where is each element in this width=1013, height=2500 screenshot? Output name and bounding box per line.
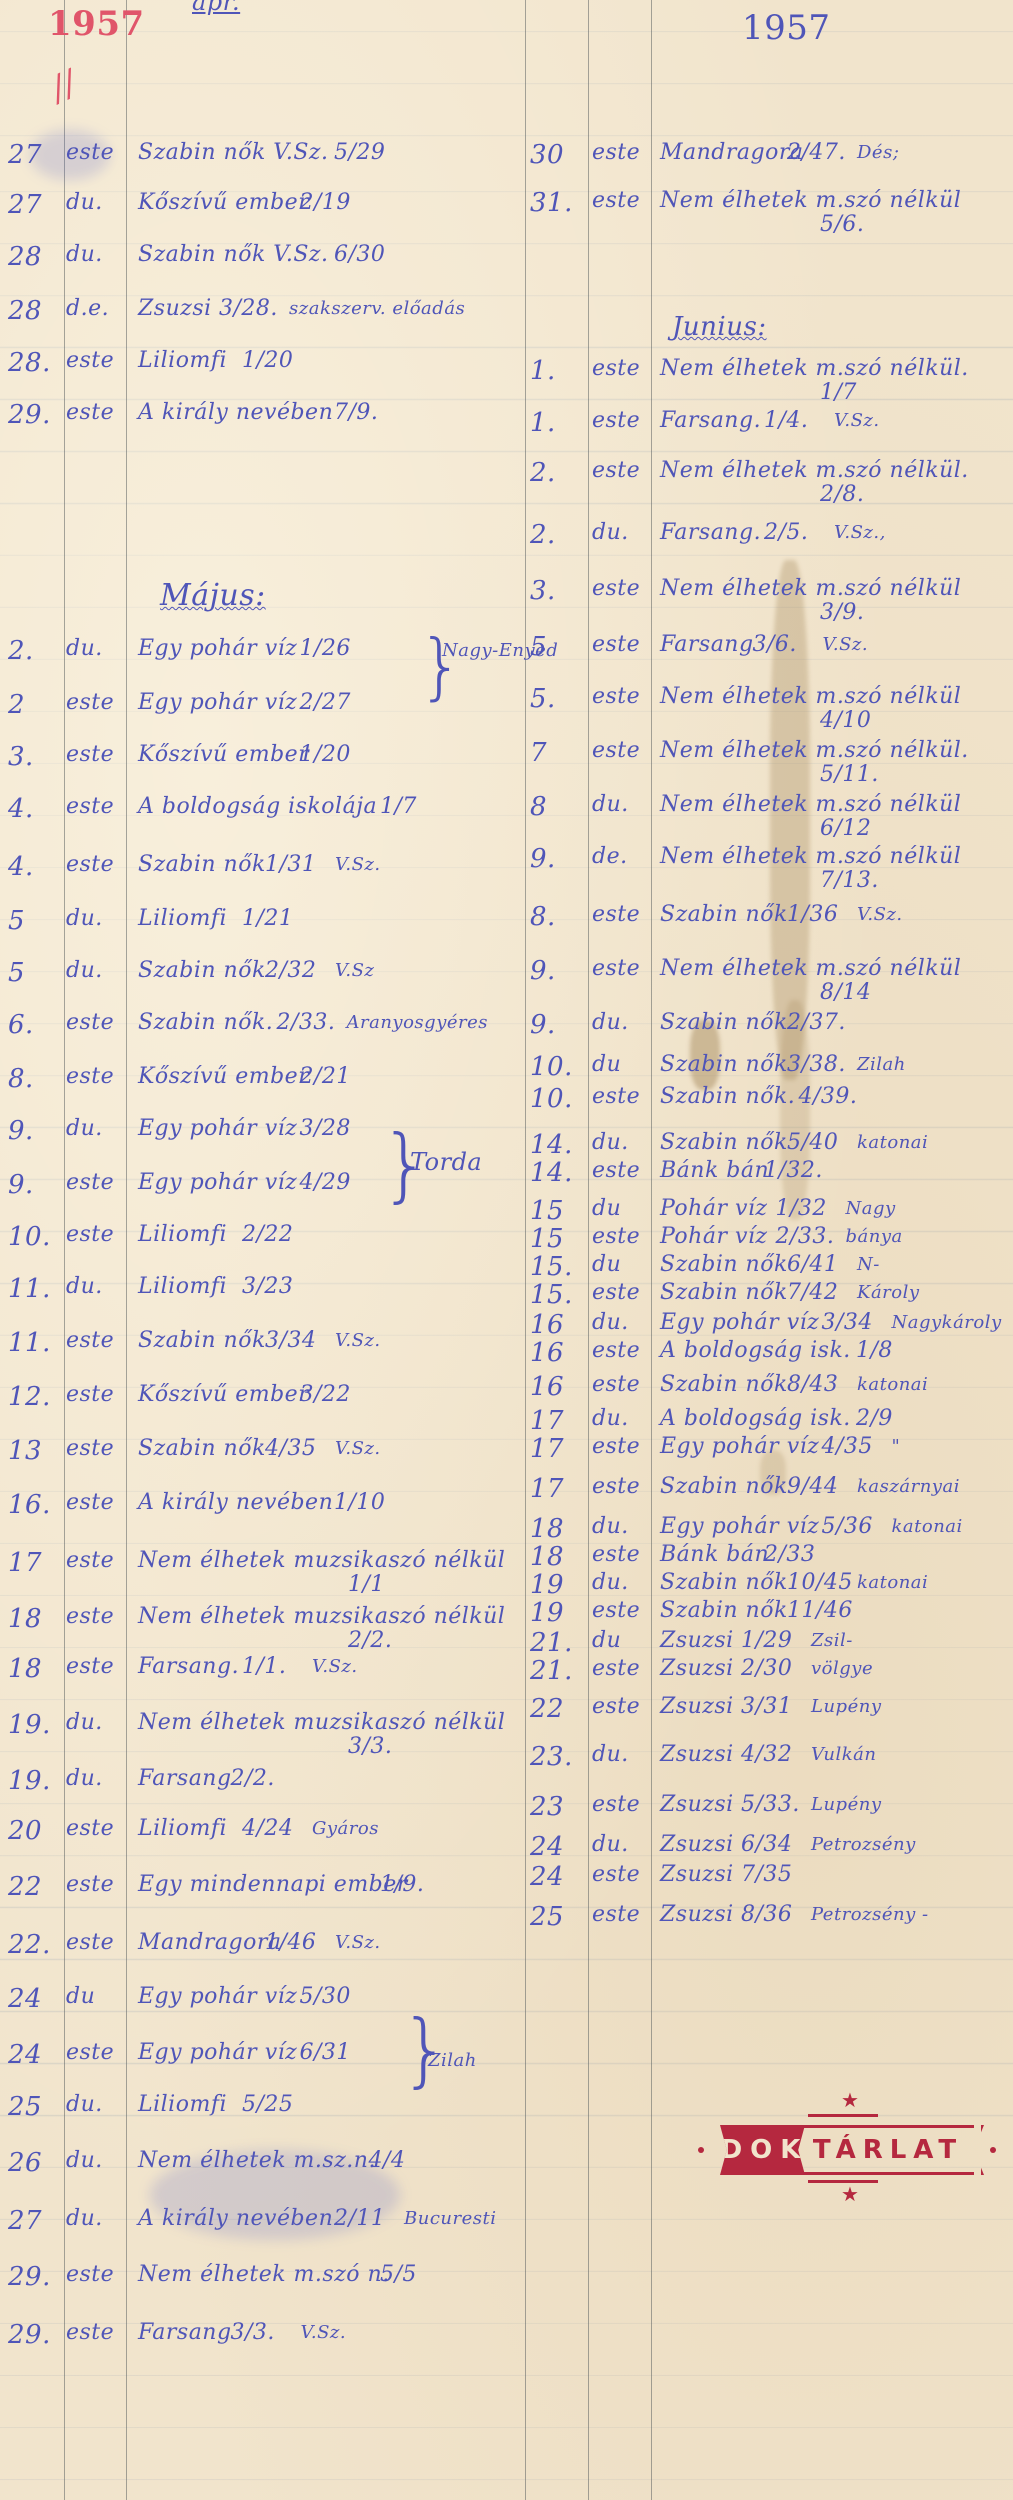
entry-note: völgye (811, 1658, 873, 1679)
entry-note: katonai (892, 1516, 963, 1537)
entry-time-of-day: este (592, 408, 640, 433)
star-icon: ★ (840, 2090, 860, 2110)
entry-title: Nem élhetek m.szó nélkül. (660, 738, 969, 763)
entry-title: Egy pohár víz (660, 1434, 819, 1459)
entry-day: 5. (530, 684, 556, 714)
entry-note: Lupény (811, 1794, 881, 1815)
entry-time-of-day: du. (66, 636, 103, 661)
entry-note: Petrozsény (811, 1834, 916, 1855)
entry-day: 27 (8, 140, 42, 170)
entry-time-of-day: de. (592, 844, 628, 869)
entry-performance-number: 7/9. (334, 400, 378, 425)
entry-title: Liliomfi (138, 2092, 227, 2117)
entry-day: 17 (530, 1434, 564, 1464)
entry-time-of-day: este (66, 1010, 114, 1035)
entry-note: Aranyosgyéres (347, 1012, 489, 1033)
entry-title: Szabin nők (660, 1570, 788, 1595)
entry-title: Liliomfi (138, 348, 227, 373)
entry-performance-number: 5/29 (334, 140, 385, 165)
entry-title: Kőszívű ember (138, 1064, 309, 1089)
entry-time-of-day: este (66, 1064, 114, 1089)
entry-performance-number: 4/29 (300, 1170, 351, 1195)
entry-title: A boldogság iskolája (138, 794, 377, 819)
doktarlat-logo: ★ DOK TÁRLAT ★ (698, 2090, 998, 2200)
entry-time-of-day: este (592, 188, 640, 213)
entry-performance-number: 1/10 (334, 1490, 385, 1515)
entry-performance-number: 2/33 (764, 1542, 815, 1567)
entry-day: 15 (530, 1196, 564, 1226)
entry-day: 9. (530, 956, 556, 986)
entry-performance-number: 6/12 (820, 816, 871, 841)
entry-performance-number: 4/10 (820, 708, 871, 733)
entry-note: Nagy (846, 1198, 896, 1219)
entry-title: Mandragora (138, 1930, 282, 1955)
entry-time-of-day: du. (592, 792, 629, 817)
entry-day: 3. (8, 742, 34, 772)
entry-title: Mandragora (660, 140, 804, 165)
entry-title: Pohár víz (660, 1196, 768, 1221)
entry-day: 2. (530, 520, 556, 550)
entry-day: 2 (8, 690, 25, 720)
entry-title: Kőszívű ember (138, 190, 309, 215)
entry-title: Szabin nők (660, 1598, 788, 1623)
entry-title: Nem élhetek muzsikaszó nélkül (138, 1710, 505, 1735)
entry-day: 10. (8, 1222, 51, 1252)
entry-title: Liliomfi (138, 906, 227, 931)
entry-note: Zsil- (811, 1630, 853, 1651)
entry-time-of-day: este (592, 1280, 640, 1305)
entry-day: 1. (530, 408, 556, 438)
entry-title: Szabin nők (660, 1252, 788, 1277)
entry-day: 24 (530, 1832, 564, 1862)
entry-time-of-day: du. (592, 1406, 629, 1431)
entry-performance-number: 8/36 (741, 1902, 792, 1927)
entry-time-of-day: este (592, 140, 640, 165)
entry-note: " (892, 1436, 901, 1457)
entry-time-of-day: este (66, 1328, 114, 1353)
entry-note: V.Sz. (834, 410, 880, 431)
entry-title: Egy pohár víz (660, 1514, 819, 1539)
entry-time-of-day: du. (66, 1116, 103, 1141)
entry-time-of-day: du. (592, 1742, 629, 1767)
entry-performance-number: 10/45 (787, 1570, 853, 1595)
entry-time-of-day: este (66, 1382, 114, 1407)
entry-performance-number: 6/41 (787, 1252, 838, 1277)
entry-time-of-day: este (592, 1372, 640, 1397)
entry-performance-number: 2/22 (242, 1222, 293, 1247)
entry-title: Szabin nők (138, 1436, 266, 1461)
entry-day: 19 (530, 1598, 564, 1628)
entry-title: Szabin nők (660, 1372, 788, 1397)
entry-performance-number: 2/2. (231, 1766, 275, 1791)
entry-day: 14. (530, 1130, 573, 1160)
entry-note: katonai (857, 1132, 928, 1153)
entry-title: Szabin nők (660, 1280, 788, 1305)
entry-performance-number: 6/34 (741, 1832, 792, 1857)
entry-time-of-day: este (592, 1598, 640, 1623)
entry-title: Nem élhetek m.szó nélkül (660, 956, 961, 981)
entry-note: Gyáros (312, 1818, 379, 1839)
logo-text-dok: DOK (720, 2125, 805, 2175)
logo-dot (990, 2147, 996, 2153)
entry-title: Szabin nők. (138, 1010, 273, 1035)
column-rule (525, 0, 526, 2500)
entry-day: 18 (8, 1604, 42, 1634)
entry-day: 16 (530, 1338, 564, 1368)
entry-title: Nem élhetek m.szó nélkül. (660, 458, 969, 483)
entry-time-of-day: este (66, 1490, 114, 1515)
entry-note: V.Sz (335, 960, 374, 981)
logo-bar (808, 2114, 878, 2117)
entry-title: Zsuzsi (660, 1628, 734, 1653)
entry-performance-number: 3/6. (753, 632, 797, 657)
entry-day: 17 (530, 1474, 564, 1504)
entry-performance-number: 2/47. (787, 140, 846, 165)
entry-performance-number: 3/38. (787, 1052, 846, 1077)
entry-time-of-day: este (66, 1654, 114, 1679)
column-rule (64, 0, 65, 2500)
entry-performance-number: 2/33. (277, 1010, 336, 1035)
entry-time-of-day: este (66, 1222, 114, 1247)
entry-performance-number: 2/33. (776, 1224, 835, 1249)
entry-time-of-day: du. (66, 958, 103, 983)
entry-performance-number: 4/4 (369, 2148, 406, 2173)
column-rule (588, 0, 589, 2500)
entry-time-of-day: este (592, 1542, 640, 1567)
logo-dot (698, 2147, 704, 2153)
entry-day: 8. (8, 1064, 34, 1094)
entry-time-of-day: du. (66, 1710, 103, 1735)
entry-note: V.Sz. (335, 854, 381, 875)
entry-day: 20 (8, 1816, 42, 1846)
entry-time-of-day: este (66, 1872, 114, 1897)
entry-performance-number: 1/7 (380, 794, 417, 819)
entry-time-of-day: du. (66, 190, 103, 215)
page-year: 1957 (742, 8, 831, 48)
entry-day: 9. (8, 1170, 34, 1200)
entry-title: Nem élhetek m.szó nélkül (660, 792, 961, 817)
entry-day: 9. (530, 844, 556, 874)
entry-title: Szabin nők (660, 1474, 788, 1499)
entry-time-of-day: este (66, 400, 114, 425)
entry-note: N- (857, 1254, 880, 1275)
entry-time-of-day: du (66, 1984, 95, 2009)
entry-performance-number: 7/13. (820, 868, 879, 893)
entry-time-of-day: du. (592, 1310, 629, 1335)
entry-day: 15. (530, 1252, 573, 1282)
entry-day: 7 (530, 738, 547, 768)
entry-time-of-day: este (592, 356, 640, 381)
entry-day: 4. (8, 794, 34, 824)
entry-time-of-day: du. (592, 520, 629, 545)
entry-day: 5 (530, 632, 547, 662)
entry-time-of-day: este (592, 1224, 640, 1249)
entry-time-of-day: este (66, 852, 114, 877)
entry-time-of-day: du. (66, 2092, 103, 2117)
entry-time-of-day: du (592, 1052, 621, 1077)
entry-time-of-day: este (66, 794, 114, 819)
entry-title: Farsang. (138, 1654, 239, 1679)
entry-time-of-day: du. (66, 242, 103, 267)
entry-title: Nem élhetek m.sz.n. (138, 2148, 376, 2173)
entry-performance-number: 4/32 (741, 1742, 792, 1767)
entry-title: Egy pohár víz (138, 1984, 297, 2009)
entry-performance-number: 2/9 (856, 1406, 893, 1431)
entry-performance-number: 11/46 (787, 1598, 853, 1623)
entry-performance-number: 3/28. (219, 296, 278, 321)
entry-day: 14. (530, 1158, 573, 1188)
entry-time-of-day: du. (66, 2148, 103, 2173)
entry-day: 22 (530, 1694, 564, 1724)
column-rule (651, 0, 652, 2500)
logo-banner: DOK TÁRLAT (710, 2125, 976, 2175)
entry-performance-number: 9/44 (787, 1474, 838, 1499)
entry-day: 27 (8, 2206, 42, 2236)
entry-time-of-day: du (592, 1252, 621, 1277)
entry-day: 2. (530, 458, 556, 488)
entry-day: 10. (530, 1052, 573, 1082)
entry-title: Farsang (660, 632, 754, 657)
entry-note: V.Sz. (312, 1656, 358, 1677)
entry-time-of-day: este (592, 576, 640, 601)
entry-title: Egy pohár víz (138, 2040, 297, 2065)
entry-note: V.Sz., (834, 522, 886, 543)
entry-title: Nem élhetek m.szó nélkül (660, 684, 961, 709)
red-year-mark: 1957 (48, 4, 145, 44)
entry-note: V.Sz. (857, 904, 903, 925)
location-note: Torda (410, 1148, 482, 1176)
entry-title: Zsuzsi (660, 1694, 734, 1719)
entry-time-of-day: este (66, 2320, 114, 2345)
entry-performance-number: 1/21 (242, 906, 293, 931)
entry-time-of-day: du. (592, 1514, 629, 1539)
entry-time-of-day: este (66, 1548, 114, 1573)
entry-time-of-day: este (592, 956, 640, 981)
location-note: Zilah (428, 2050, 477, 2071)
entry-performance-number: 5/36 (822, 1514, 873, 1539)
entry-day: 22. (8, 1930, 51, 1960)
entry-day: 28 (8, 296, 42, 326)
entry-day: 29. (8, 2262, 51, 2292)
entry-title: Egy pohár víz (138, 1170, 297, 1195)
entry-performance-number: 2/11 (334, 2206, 385, 2231)
entry-day: 24 (8, 2040, 42, 2070)
entry-performance-number: 6/30 (334, 242, 385, 267)
entry-title: Zsuzsi (660, 1656, 734, 1681)
entry-day: 25 (8, 2092, 42, 2122)
entry-title: Nem élhetek m.szó nélkül (660, 576, 961, 601)
entry-time-of-day: este (592, 738, 640, 763)
entry-title: Zsuzsi (660, 1862, 734, 1887)
entry-time-of-day: du (592, 1628, 621, 1653)
entry-title: A boldogság isk. (660, 1406, 851, 1431)
entry-performance-number: 8/43 (787, 1372, 838, 1397)
entry-title: Kőszívű ember (138, 1382, 309, 1407)
ledger-page: 1957 // ápr. 1957 Május: Junius: } Nagy-… (0, 0, 1013, 2500)
entry-title: A király nevében (138, 400, 333, 425)
entry-title: Szabin nők (138, 958, 266, 983)
entry-title: Liliomfi (138, 1816, 227, 1841)
entry-time-of-day: du. (66, 1274, 103, 1299)
entry-performance-number: 2/30 (741, 1656, 792, 1681)
entry-performance-number: 1/32. (764, 1158, 823, 1183)
entry-performance-number: 3/34 (822, 1310, 873, 1335)
entry-title: Pohár víz (660, 1224, 768, 1249)
entry-day: 8. (530, 902, 556, 932)
entry-performance-number: 6/31 (300, 2040, 351, 2065)
entry-day: 18 (8, 1654, 42, 1684)
entry-performance-number: 7/42 (787, 1280, 838, 1305)
entry-performance-number: 3/34 (265, 1328, 316, 1353)
entry-time-of-day: este (592, 1474, 640, 1499)
entry-time-of-day: este (66, 1930, 114, 1955)
entry-performance-number: 3/9. (820, 600, 864, 625)
entry-day: 29. (8, 400, 51, 430)
entry-note: szakszerv. előadás (289, 298, 465, 319)
entry-time-of-day: este (592, 684, 640, 709)
red-double-slash: // (45, 63, 84, 109)
entry-time-of-day: este (592, 1792, 640, 1817)
entry-title: Egy pohár víz (138, 636, 297, 661)
entry-day: 28 (8, 242, 42, 272)
entry-performance-number: 1/29 (741, 1628, 792, 1653)
entry-performance-number: 3/3. (348, 1734, 392, 1759)
entry-time-of-day: du. (592, 1570, 629, 1595)
heading-june: Junius: (672, 312, 767, 342)
entry-day: 21. (530, 1628, 573, 1658)
entry-day: 16. (8, 1490, 51, 1520)
entry-time-of-day: este (592, 902, 640, 927)
entry-title: Nem élhetek m.szó nélkül (660, 844, 961, 869)
entry-time-of-day: este (66, 742, 114, 767)
heading-may: Május: (160, 578, 266, 613)
entry-title: Nem élhetek m.szó n. (138, 2262, 390, 2287)
entry-performance-number: 1/9. (380, 1872, 424, 1897)
entry-time-of-day: du. (592, 1130, 629, 1155)
entry-performance-number: 1/1 (348, 1572, 385, 1597)
entry-note: katonai (857, 1572, 928, 1593)
entry-performance-number: 1/4. (764, 408, 808, 433)
entry-note: katonai (857, 1374, 928, 1395)
entry-performance-number: 2/2. (348, 1628, 392, 1653)
entry-performance-number: 4/24 (242, 1816, 293, 1841)
entry-title: Zsuzsi (660, 1792, 734, 1817)
entry-title: Szabin nők V.Sz. (138, 242, 329, 267)
entry-performance-number: 1/7 (820, 380, 857, 405)
entry-day: 3. (530, 576, 556, 606)
entry-performance-number: 3/28 (300, 1116, 351, 1141)
logo-text-tarlat: TÁRLAT (802, 2125, 974, 2175)
entry-title: Szabin nők. (660, 1084, 795, 1109)
entry-performance-number: 1/31 (265, 852, 316, 877)
entry-title: A boldogság isk. (660, 1338, 851, 1363)
entry-title: Szabin nők (660, 1052, 788, 1077)
entry-performance-number: 4/35 (265, 1436, 316, 1461)
entry-time-of-day: este (592, 1434, 640, 1459)
entry-day: 2. (8, 636, 34, 666)
entry-day: 30 (530, 140, 564, 170)
entry-title: Farsang. (660, 520, 761, 545)
entry-performance-number: 2/8. (820, 482, 864, 507)
entry-title: Zsuzsi (660, 1902, 734, 1927)
entry-performance-number: 1/20 (300, 742, 351, 767)
entry-note: Petrozsény - (811, 1904, 929, 1925)
entry-performance-number: 3/3. (231, 2320, 275, 2345)
entry-title: Egy pohár víz (660, 1310, 819, 1335)
entry-day: 4. (8, 852, 34, 882)
entry-time-of-day: este (592, 1338, 640, 1363)
entry-title: Nem élhetek muzsikaszó nélkül (138, 1604, 505, 1629)
entry-day: 13 (8, 1436, 42, 1466)
entry-title: Szabin nők (660, 1010, 788, 1035)
entry-day: 11. (8, 1328, 51, 1358)
entry-performance-number: 2/19 (300, 190, 351, 215)
entry-performance-number: 5/30 (300, 1984, 351, 2009)
entry-note: Zilah (857, 1054, 906, 1075)
entry-day: 6. (8, 1010, 34, 1040)
entry-time-of-day: d.e. (66, 296, 109, 321)
entry-time-of-day: este (66, 1816, 114, 1841)
entry-day: 18 (530, 1542, 564, 1572)
entry-note: Nagykároly (892, 1312, 1002, 1333)
entry-title: Szabin nők (138, 1328, 266, 1353)
entry-performance-number: 3/23 (242, 1274, 293, 1299)
entry-note: V.Sz. (301, 2322, 347, 2343)
entry-title: Bánk bán (660, 1542, 769, 1567)
entry-performance-number: 4/39. (799, 1084, 858, 1109)
entry-time-of-day: este (66, 690, 114, 715)
entry-title: Nem élhetek m.szó nélkül. (660, 356, 969, 381)
entry-performance-number: 5/40 (787, 1130, 838, 1155)
top-heading: ápr. (192, 0, 240, 16)
entry-title: Zsuzsi (660, 1742, 734, 1767)
entry-performance-number: 5/11. (820, 762, 879, 787)
entry-performance-number: 5/25 (242, 2092, 293, 2117)
entry-day: 19 (530, 1570, 564, 1600)
entry-title: Liliomfi (138, 1222, 227, 1247)
entry-title: Bánk bán (660, 1158, 769, 1183)
entry-performance-number: 8/14 (820, 980, 871, 1005)
entry-title: Szabin nők (138, 852, 266, 877)
entry-day: 23. (530, 1742, 573, 1772)
entry-performance-number: 2/37. (787, 1010, 846, 1035)
entry-time-of-day: du (592, 1196, 621, 1221)
entry-performance-number: 1/46 (265, 1930, 316, 1955)
entry-note: Dés; (857, 142, 899, 163)
entry-time-of-day: du. (592, 1010, 629, 1035)
entry-performance-number: 7/35 (741, 1862, 792, 1887)
entry-performance-number: 1/1. (242, 1654, 286, 1679)
entry-time-of-day: este (66, 2262, 114, 2287)
entry-day: 15 (530, 1224, 564, 1254)
entry-day: 19. (8, 1710, 51, 1740)
entry-title: Szabin nők V.Sz. (138, 140, 329, 165)
entry-performance-number: 2/21 (300, 1064, 351, 1089)
entry-time-of-day: du. (66, 906, 103, 931)
entry-day: 24 (8, 1984, 42, 2014)
entry-note: Vulkán (811, 1744, 876, 1765)
entry-day: 29. (8, 2320, 51, 2350)
entry-day: 21. (530, 1656, 573, 1686)
entry-performance-number: 1/32 (776, 1196, 827, 1221)
entry-day: 16 (530, 1372, 564, 1402)
entry-note: V.Sz. (335, 1932, 381, 1953)
entry-day: 8 (530, 792, 547, 822)
entry-day: 25 (530, 1902, 564, 1932)
entry-performance-number: 2/5. (764, 520, 808, 545)
entry-note: V.Sz. (823, 634, 869, 655)
entry-title: Farsang (138, 1766, 232, 1791)
